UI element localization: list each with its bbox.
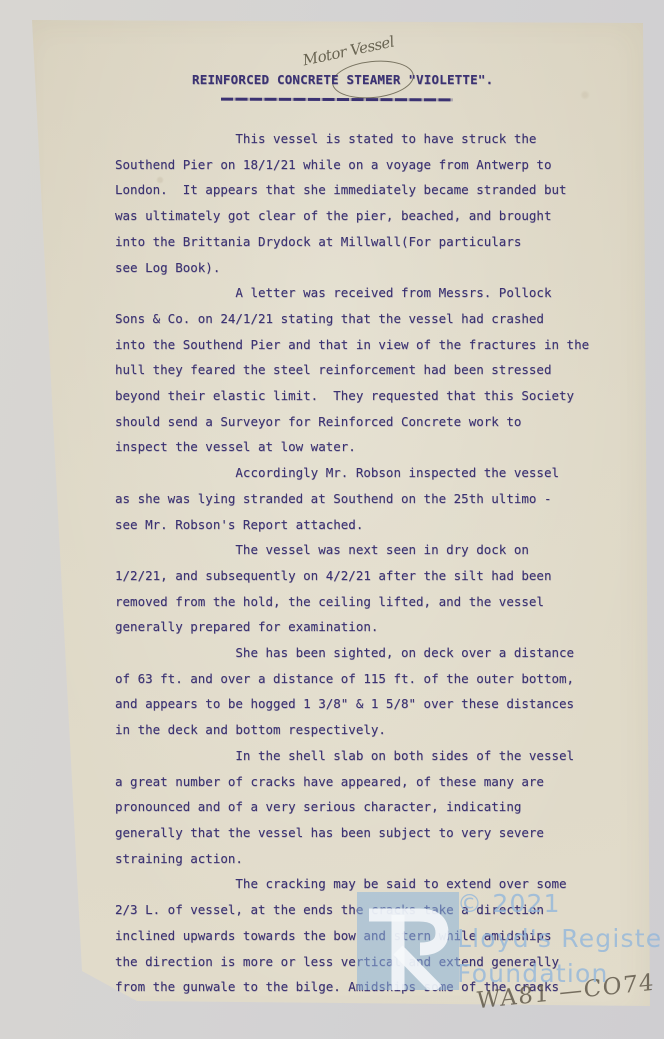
paragraph-hogging-measurements: She has been sighted, on deck over a dis… <box>115 640 605 743</box>
document-scan: Motor Vessel REINFORCED CONCRETE STEAMER… <box>0 0 664 1039</box>
document-body: This vessel is stated to have struck the… <box>115 126 605 1000</box>
paragraph-robson-inspection: Accordingly Mr. Robson inspected the ves… <box>115 460 605 537</box>
paragraph-pollock-letter: A letter was received from Messrs. Pollo… <box>115 280 605 460</box>
paragraph-dry-dock: The vessel was next seen in dry dock on … <box>115 537 605 640</box>
paragraph-shell-slab-cracks: In the shell slab on both sides of the v… <box>115 743 605 872</box>
paragraph-striking-southend-pier: This vessel is stated to have struck the… <box>115 126 605 280</box>
document-title: REINFORCED CONCRETE STEAMER "VIOLETTE". <box>192 72 493 87</box>
paragraph-cracking-extent: The cracking may be said to extend over … <box>115 871 605 1000</box>
